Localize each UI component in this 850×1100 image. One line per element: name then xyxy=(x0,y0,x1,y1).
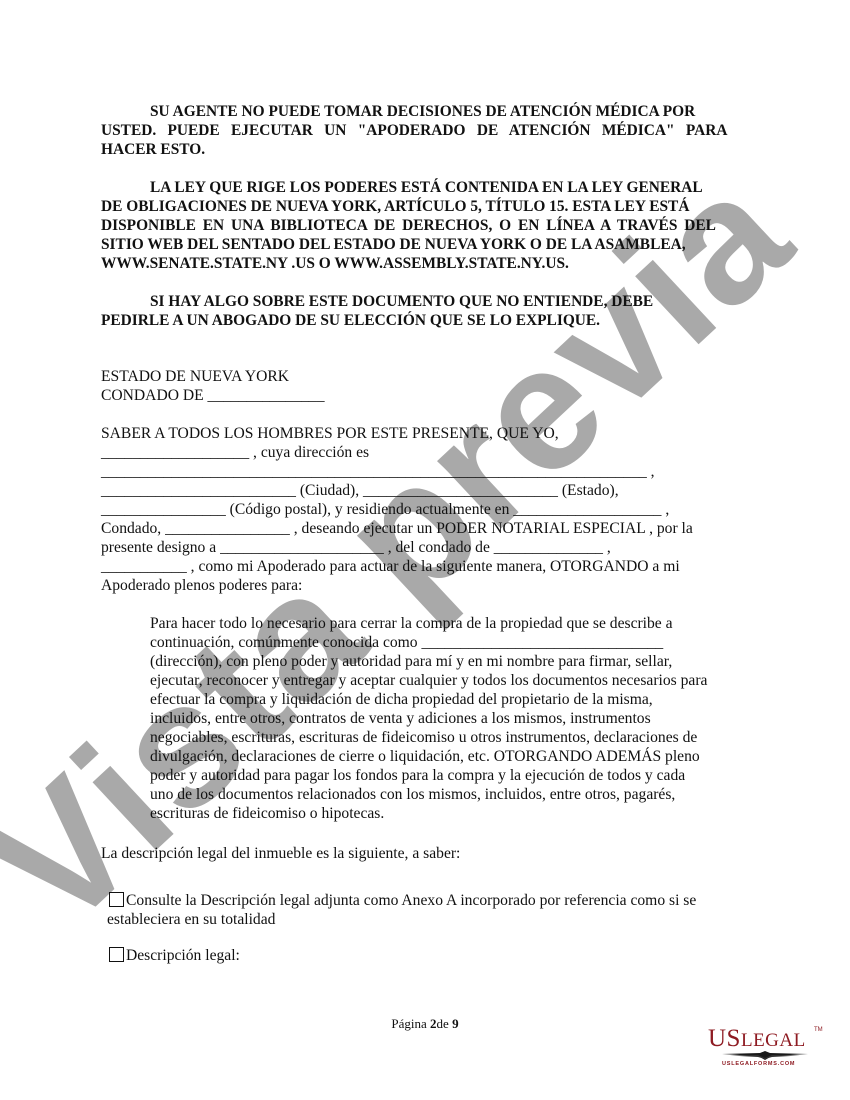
text-line: escrituras de fideicomiso o hipotecas. xyxy=(150,804,384,823)
option-label: Consulte la Descripción legal adjunta co… xyxy=(126,891,696,910)
attorney-county-field[interactable]: ___________ , como mi Apoderado para act… xyxy=(101,557,680,576)
page-total: 9 xyxy=(452,1016,459,1031)
legal-description-checkbox[interactable] xyxy=(109,947,124,962)
attached-description-checkbox[interactable] xyxy=(109,892,124,907)
text-line: negociables, escrituras, escrituras de f… xyxy=(150,728,697,747)
text-line: poder y autoridad para pagar los fondos … xyxy=(150,766,685,785)
uslegal-logo: USLEGAL TM USLEGALFORMS.COM xyxy=(708,1026,822,1070)
eagle-wings-icon xyxy=(722,1051,808,1060)
venue-county-field[interactable]: CONDADO DE _______________ xyxy=(101,386,325,405)
text-line: SABER A TODOS LOS HOMBRES POR ESTE PRESE… xyxy=(101,424,559,443)
attorney-name-field[interactable]: presente designo a _____________________… xyxy=(101,538,611,557)
text-line: DE OBLIGACIONES DE NUEVA YORK, ARTÍCULO … xyxy=(101,197,689,216)
text-line: efectuar la compra y liquidación de dich… xyxy=(150,690,653,709)
city-state-field[interactable]: _________________________ (Ciudad), ____… xyxy=(101,481,619,500)
text-line: SITIO WEB DEL SENTADO DEL ESTADO DE NUEV… xyxy=(101,235,686,254)
legal-description-intro: La descripción legal del inmueble es la … xyxy=(101,844,460,863)
text-line: divulgación, declaraciones de cierre o l… xyxy=(150,747,700,766)
text-line: PEDIRLE A UN ABOGADO DE SU ELECCIÓN QUE … xyxy=(101,311,600,330)
county-field[interactable]: Condado, ________________ , deseando eje… xyxy=(101,519,693,538)
venue-state: ESTADO DE NUEVA YORK xyxy=(101,367,289,386)
text-line: USTED. PUEDE EJECUTAR UN "APODERADO DE A… xyxy=(101,121,727,140)
text-line: SU AGENTE NO PUEDE TOMAR DECISIONES DE A… xyxy=(101,102,751,121)
text-line: Para hacer todo lo necesario para cerrar… xyxy=(150,614,673,633)
text-line: DISPONIBLE EN UNA BIBLIOTECA DE DERECHOS… xyxy=(101,216,716,235)
logo-us: US xyxy=(708,1025,741,1052)
page-of: de xyxy=(437,1016,449,1031)
address-field[interactable]: ________________________________________… xyxy=(101,462,655,481)
zip-residence-field[interactable]: ________________ (Código postal), y resi… xyxy=(101,500,669,519)
text-line: LA LEY QUE RIGE LOS PODERES ESTÁ CONTENI… xyxy=(150,178,703,197)
text-line: incluidos, entre otros, contratos de ven… xyxy=(150,709,651,728)
text-line: HACER ESTO. xyxy=(101,140,205,159)
page-label: Página xyxy=(391,1016,426,1031)
option-label: Descripción legal: xyxy=(126,946,240,965)
principal-name-field[interactable]: ___________________ , cuya dirección es xyxy=(101,443,369,462)
text-line: WWW.SENATE.STATE.NY .US O WWW.ASSEMBLY.S… xyxy=(101,254,569,273)
property-address-field[interactable]: continuación, comúnmente conocida como _… xyxy=(150,633,663,652)
trademark-symbol: TM xyxy=(814,1027,823,1033)
text-line: uno de los documentos relacionados con l… xyxy=(150,785,675,804)
document-page: Vista previa SU AGENTE NO PUEDE TOMAR DE… xyxy=(0,0,850,1100)
logo-legal: LEGAL xyxy=(741,1030,806,1051)
text-line: SI HAY ALGO SOBRE ESTE DOCUMENTO QUE NO … xyxy=(150,292,653,311)
logo-wordmark: USLEGAL xyxy=(708,1026,806,1053)
logo-url: USLEGALFORMS.COM xyxy=(722,1061,795,1067)
option-label: estableciera en su totalidad xyxy=(107,910,275,929)
text-line: Apoderado plenos poderes para: xyxy=(101,576,302,595)
text-line: ejecutar, reconocer y entregar y aceptar… xyxy=(150,671,707,690)
text-line: (dirección), con pleno poder y autoridad… xyxy=(150,652,672,671)
